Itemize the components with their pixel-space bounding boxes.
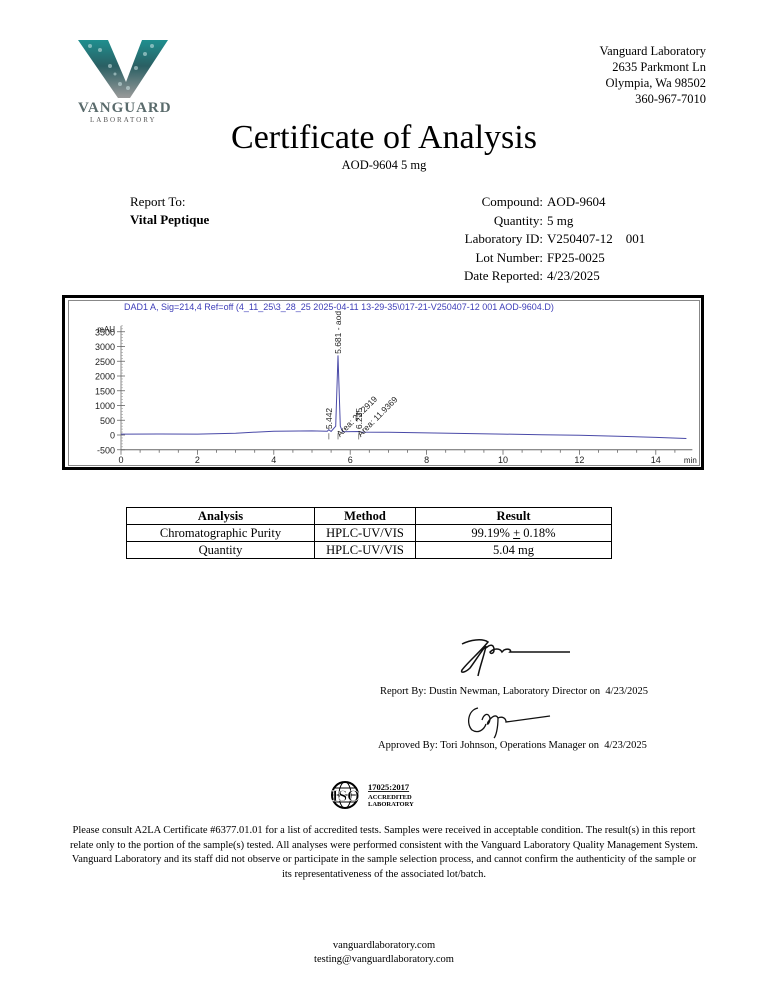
table-row: Chromatographic Purity HPLC-UV/VIS 99.19… [127, 525, 612, 542]
info-row: Lot Number:FP25-0025 [330, 249, 645, 268]
disclaimer-text: Please consult A2LA Certificate #6377.01… [68, 824, 700, 882]
report-by-date: 4/23/2025 [605, 686, 648, 697]
page-subtitle: AOD-9604 5 mg [0, 158, 768, 173]
header-method: Method [315, 508, 416, 525]
report-to: Report To: Vital Peptique [130, 193, 209, 229]
address-line: Vanguard Laboratory [599, 43, 706, 59]
client-name: Vital Peptique [130, 211, 209, 229]
info-row: Quantity:5 mg [330, 212, 645, 231]
svg-text:ISO: ISO [332, 788, 360, 805]
logo-wordmark: VANGUARD [78, 100, 172, 117]
report-by-text: Report By: Dustin Newman, Laboratory Dir… [380, 686, 600, 697]
svg-text:6: 6 [348, 455, 353, 465]
cell-method: HPLC-UV/VIS [315, 525, 416, 542]
svg-text:-500: -500 [97, 445, 115, 455]
svg-text:0: 0 [118, 455, 123, 465]
header-result: Result [416, 508, 612, 525]
info-value: V250407-12 001 [547, 230, 645, 249]
table-row: Quantity HPLC-UV/VIS 5.04 mg [127, 542, 612, 559]
svg-text:4: 4 [271, 455, 276, 465]
svg-text:3000: 3000 [95, 342, 115, 352]
footer-website: vanguardlaboratory.com [0, 939, 768, 953]
page-title: Certificate of Analysis [0, 117, 768, 159]
address-line: 2635 Parkmont Ln [599, 59, 706, 75]
report-by-line: Report By: Dustin Newman, Laboratory Dir… [380, 686, 648, 697]
svg-text:2: 2 [195, 455, 200, 465]
svg-text:1500: 1500 [95, 386, 115, 396]
y-axis-label: mAU [97, 325, 115, 334]
cell-result: 5.04 mg [416, 542, 612, 559]
results-table: Analysis Method Result Chromatographic P… [126, 507, 612, 559]
svg-text:500: 500 [100, 416, 115, 426]
svg-text:14: 14 [651, 455, 661, 465]
info-row: Date Reported:4/23/2025 [330, 267, 645, 286]
chromatogram-trace [121, 355, 686, 438]
svg-text:12: 12 [574, 455, 584, 465]
svg-text:LABORATORY: LABORATORY [368, 801, 414, 808]
sample-info: Compound:AOD-9604 Quantity:5 mg Laborato… [330, 193, 645, 286]
svg-text:2000: 2000 [95, 372, 115, 382]
info-value: 5 mg [547, 212, 573, 231]
x-axis-label: min [684, 456, 697, 465]
v-logo-icon [70, 38, 180, 100]
svg-text:0: 0 [110, 431, 115, 441]
info-row: Compound:AOD-9604 [330, 193, 645, 212]
info-label: Date Reported: [330, 267, 547, 286]
signature-dustin-newman [450, 632, 580, 682]
cell-analysis: Chromatographic Purity [127, 525, 315, 542]
header-analysis: Analysis [127, 508, 315, 525]
svg-text:8: 8 [424, 455, 429, 465]
signature-tori-johnson [460, 700, 560, 740]
svg-text:ACCREDITED: ACCREDITED [368, 794, 412, 801]
info-value: FP25-0025 [547, 249, 605, 268]
iso-globe-icon: ISO 17025:2017 ACCREDITED LABORATORY [330, 780, 420, 810]
peak-label: 5.681 - aod [333, 311, 343, 354]
cell-analysis: Quantity [127, 542, 315, 559]
info-value: 4/23/2025 [547, 267, 600, 286]
address-line: Olympia, Wa 98502 [599, 75, 706, 91]
report-to-label: Report To: [130, 193, 209, 211]
info-row: Laboratory ID:V250407-12 001 [330, 230, 645, 249]
table-header-row: Analysis Method Result [127, 508, 612, 525]
chart-title: DAD1 A, Sig=214,4 Ref=off (4_11_25\3_28_… [124, 302, 554, 312]
footer-email: testing@vanguardlaboratory.com [0, 953, 768, 967]
vanguard-logo: VANGUARD LABORATORY [70, 38, 180, 128]
svg-text:1000: 1000 [95, 401, 115, 411]
approved-by-text: Approved By: Tori Johnson, Operations Ma… [378, 740, 599, 751]
address-line: 360-967-7010 [599, 91, 706, 107]
svg-text:2500: 2500 [95, 357, 115, 367]
peak-label: 5.442 [324, 408, 334, 430]
cell-result: 99.19% + 0.18% [416, 525, 612, 542]
info-label: Quantity: [330, 212, 547, 231]
info-label: Laboratory ID: [330, 230, 547, 249]
footer: vanguardlaboratory.com testing@vanguardl… [0, 939, 768, 967]
svg-text:17025:2017: 17025:2017 [368, 782, 410, 792]
approved-by-line: Approved By: Tori Johnson, Operations Ma… [378, 740, 647, 751]
info-value: AOD-9604 [547, 193, 606, 212]
approved-by-date: 4/23/2025 [604, 740, 647, 751]
info-label: Lot Number: [330, 249, 547, 268]
info-label: Compound: [330, 193, 547, 212]
chromatogram-chart: DAD1 A, Sig=214,4 Ref=off (4_11_25\3_28_… [62, 295, 704, 470]
svg-text:10: 10 [498, 455, 508, 465]
iso-accreditation-badge: ISO 17025:2017 ACCREDITED LABORATORY [330, 780, 420, 810]
lab-address: Vanguard Laboratory 2635 Parkmont Ln Oly… [599, 43, 706, 107]
cell-method: HPLC-UV/VIS [315, 542, 416, 559]
